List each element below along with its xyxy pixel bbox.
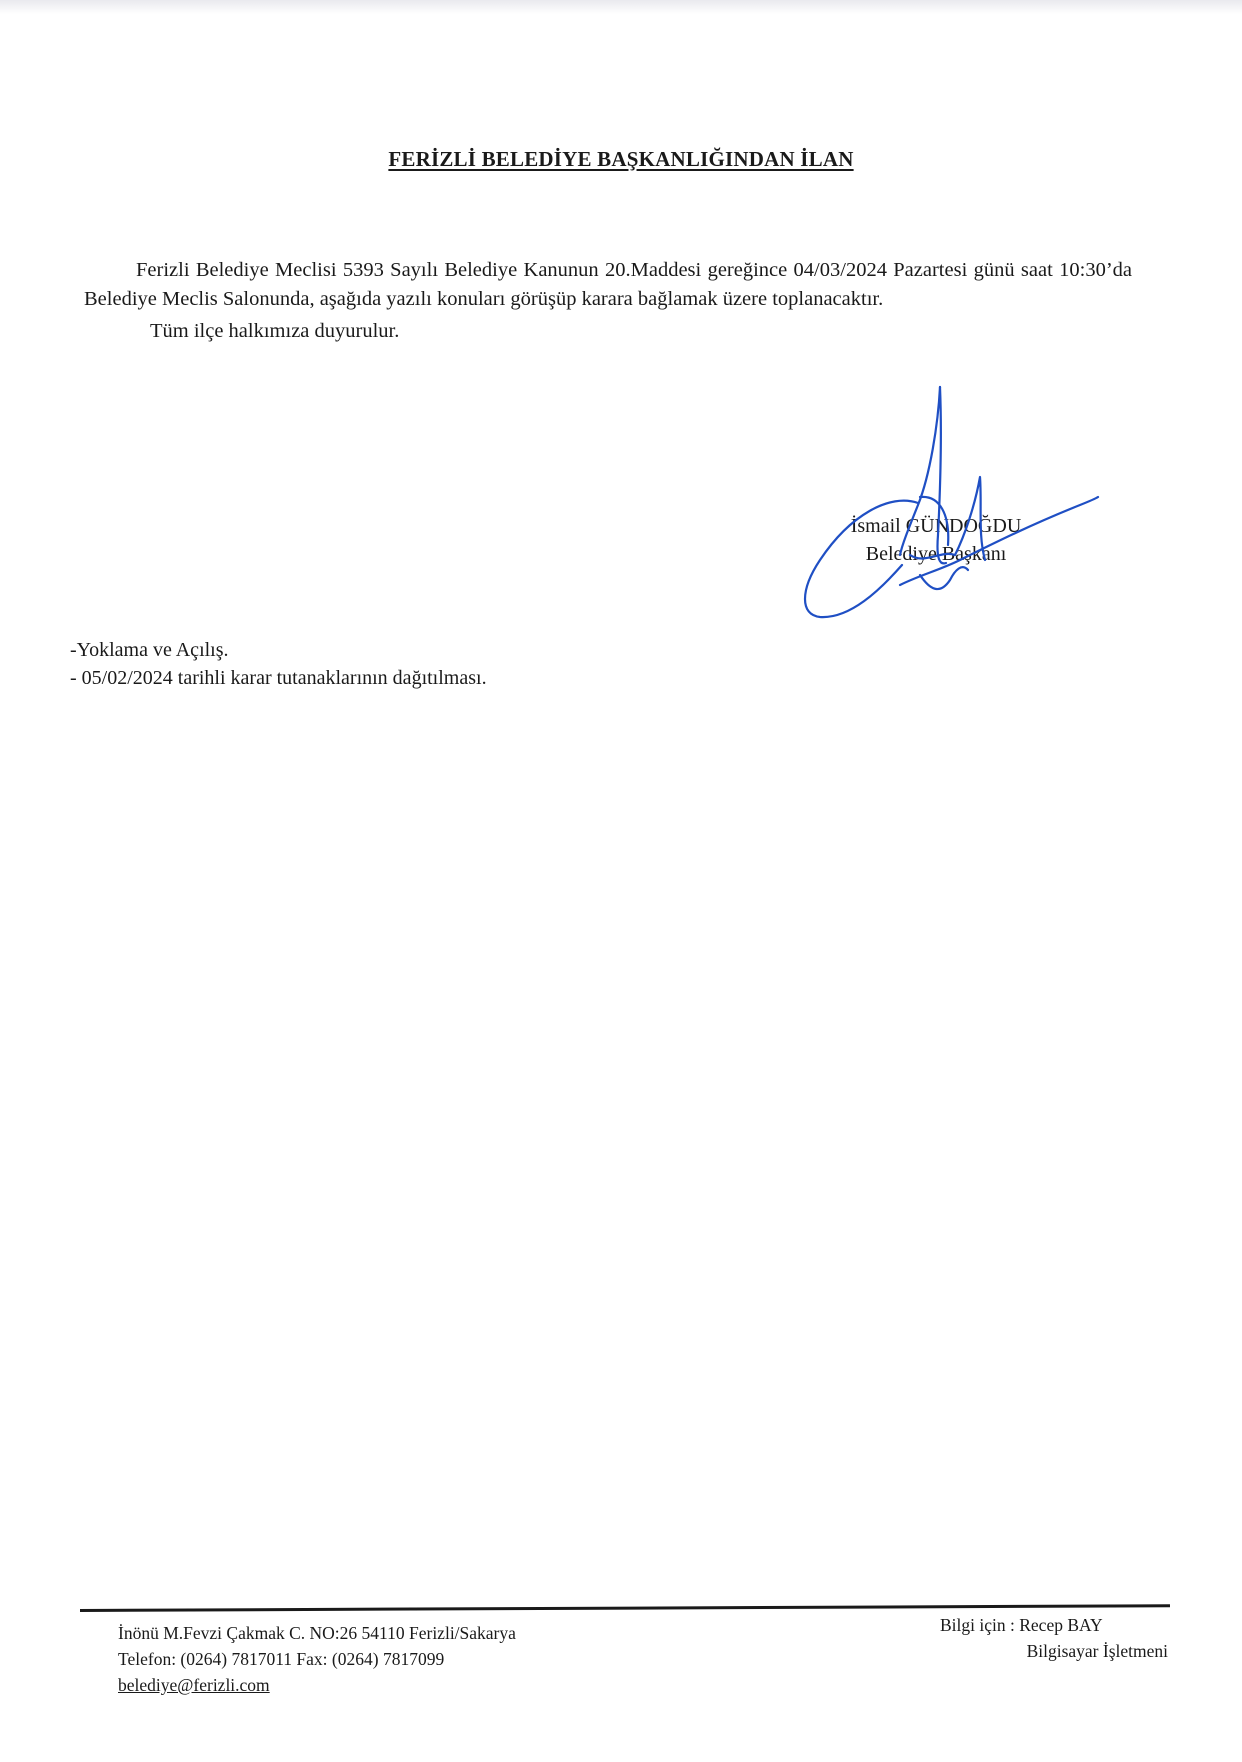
scan-edge-shadow bbox=[0, 0, 1242, 14]
announcement-body: Ferizli Belediye Meclisi 5393 Sayılı Bel… bbox=[84, 256, 1132, 346]
agenda-list: -Yoklama ve Açılış. - 05/02/2024 tarihli… bbox=[70, 636, 487, 692]
announcement-paragraph: Ferizli Belediye Meclisi 5393 Sayılı Bel… bbox=[84, 256, 1132, 314]
footer-email-link[interactable]: belediye@ferizli.com bbox=[118, 1672, 516, 1698]
footer-address: İnönü M.Fevzi Çakmak C. NO:26 54110 Feri… bbox=[118, 1620, 516, 1646]
document-title: FERİZLİ BELEDİYE BAŞKANLIĞINDAN İLAN bbox=[0, 147, 1242, 172]
info-contact: Bilgi için : Recep BAY bbox=[940, 1612, 1168, 1638]
info-role: Bilgisayar İşletmeni bbox=[940, 1638, 1168, 1664]
signatory-name: İsmail GÜNDOĞDU bbox=[816, 512, 1056, 540]
title-text: FERİZLİ BELEDİYE BAŞKANLIĞINDAN İLAN bbox=[388, 147, 853, 171]
agenda-item: -Yoklama ve Açılış. bbox=[70, 636, 487, 664]
footer-phone-fax: Telefon: (0264) 7817011 Fax: (0264) 7817… bbox=[118, 1646, 516, 1672]
footer-contact: İnönü M.Fevzi Çakmak C. NO:26 54110 Feri… bbox=[118, 1620, 516, 1698]
footer-info: Bilgi için : Recep BAY Bilgisayar İşletm… bbox=[940, 1612, 1168, 1664]
handwritten-signature-icon bbox=[790, 385, 1110, 630]
signatory-block: İsmail GÜNDOĞDU Belediye Başkanı bbox=[816, 512, 1056, 568]
public-notice-line: Tüm ilçe halkımıza duyurulur. bbox=[84, 317, 1132, 346]
signatory-title: Belediye Başkanı bbox=[816, 540, 1056, 568]
footer-divider bbox=[80, 1604, 1170, 1612]
agenda-item: - 05/02/2024 tarihli karar tutanaklarını… bbox=[70, 664, 487, 692]
